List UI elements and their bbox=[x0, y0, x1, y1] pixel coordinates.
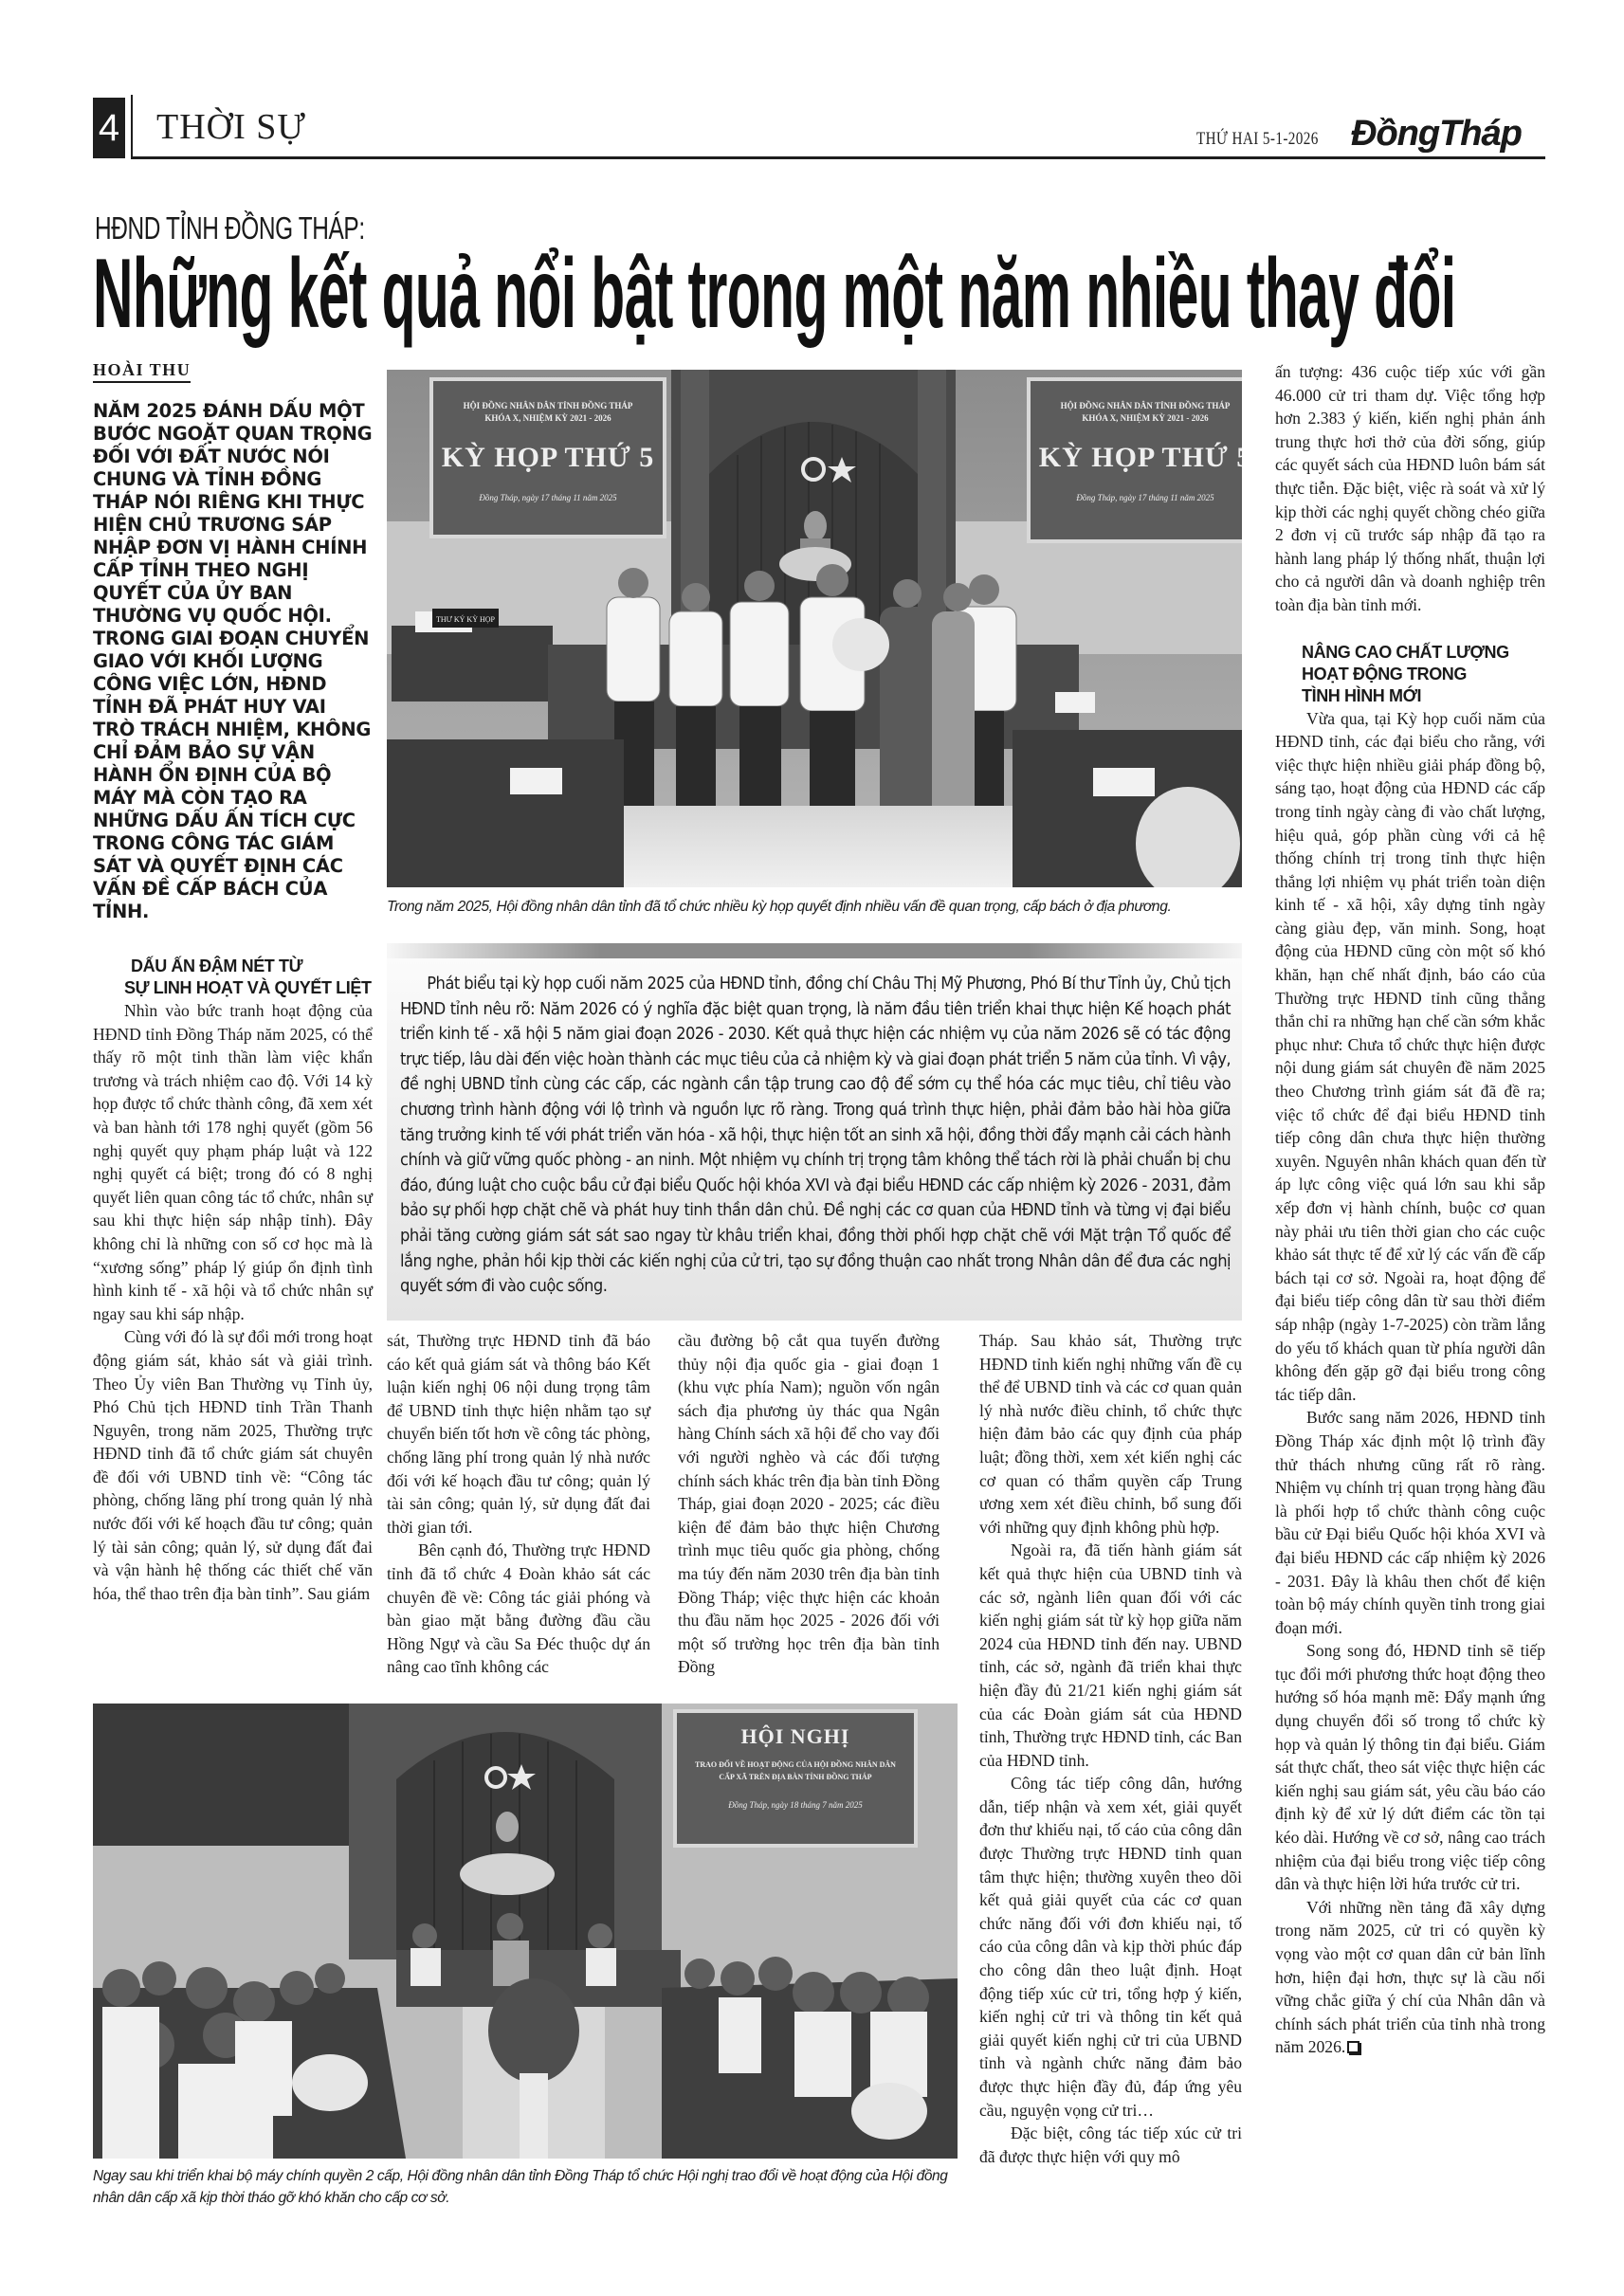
section-name: THỜI SỰ bbox=[156, 106, 306, 148]
column-3: cầu đường bộ cắt qua tuyến đường thủy nộ… bbox=[678, 1329, 940, 1679]
pull-quote-text: Phát biểu tại kỳ họp cuối năm 2025 của H… bbox=[400, 972, 1231, 1300]
pull-quote-box: Phát biểu tại kỳ họp cuối năm 2025 của H… bbox=[387, 958, 1242, 1321]
subhead-2: NÂNG CAO CHẤT LƯỢNG HOẠT ĐỘNG TRONG TÌNH… bbox=[1302, 642, 1545, 707]
photo-session-5: HỘI ĐỒNG NHÂN DÂN TỈNH ĐỒNG THÁPKHÓA X, … bbox=[387, 370, 1242, 887]
header-rule bbox=[133, 156, 1545, 159]
column-2: sát, Thường trực HĐND tỉnh đã báo cáo kế… bbox=[387, 1329, 650, 1679]
end-mark-icon bbox=[1347, 2041, 1359, 2053]
left-column-body: Nhìn vào bức tranh hoạt động của HĐND tỉ… bbox=[93, 999, 373, 1605]
paragraph: cầu đường bộ cắt qua tuyến đường thủy nộ… bbox=[678, 1329, 940, 1679]
screen-title-right: KỲ HỌP THỨ 5 bbox=[1031, 442, 1242, 474]
screen-date-right: Đồng Tháp, ngày 17 tháng 11 năm 2025 bbox=[1031, 493, 1242, 502]
page-number: 4 bbox=[93, 98, 125, 158]
paragraph: Vừa qua, tại Kỳ họp cuối năm của HĐND tỉ… bbox=[1275, 707, 1545, 1407]
screen-org-right: HỘI ĐỒNG NHÂN DÂN TỈNH ĐỒNG THÁPKHÓA X, … bbox=[1031, 400, 1242, 425]
svg-text:THƯ KÝ KỲ HỌP: THƯ KÝ KỲ HỌP bbox=[436, 614, 496, 624]
photo-conference: HỘI NGHỊ TRAO ĐỔI VỀ HOẠT ĐỘNG CỦA HỘI Đ… bbox=[93, 1704, 958, 2159]
paragraph: sát, Thường trực HĐND tỉnh đã báo cáo kế… bbox=[387, 1329, 650, 1539]
closing-paragraph: Với những nền tảng đã xây dựng trong năm… bbox=[1275, 1896, 1545, 2059]
section-divider bbox=[131, 95, 133, 159]
byline: HOÀI THU bbox=[93, 360, 191, 383]
paragraph: Đặc biệt, công tác tiếp xúc cử tri đã đư… bbox=[979, 2122, 1242, 2168]
paragraph: Nhìn vào bức tranh hoạt động của HĐND tỉ… bbox=[93, 999, 373, 1325]
paragraph: Ngoài ra, đã tiến hành giám sát kết quả … bbox=[979, 1539, 1242, 1772]
screen-date: Đồng Tháp, ngày 17 tháng 11 năm 2025 bbox=[433, 493, 663, 502]
conf-screen-title: HỘI NGHỊ bbox=[677, 1724, 914, 1749]
photo-caption-2: Ngay sau khi triển khai bộ máy chính quy… bbox=[93, 2165, 975, 2209]
subhead-1-line-2: SỰ LINH HOẠT VÀ QUYẾT LIỆT bbox=[124, 977, 373, 999]
paragraph: Bên cạnh đó, Thường trực HĐND tỉnh đã tổ… bbox=[387, 1539, 650, 1679]
subhead-2-line-1: NÂNG CAO CHẤT LƯỢNG bbox=[1302, 642, 1545, 664]
article-sapo: Năm 2025 đánh dấu một bước ngoặt quan tr… bbox=[93, 400, 373, 923]
paragraph: Song song đó, HĐND tỉnh sẽ tiếp tục đổi … bbox=[1275, 1639, 1545, 1896]
masthead-text: ĐồngTháp bbox=[1351, 114, 1522, 154]
left-column: DẤU ẤN ĐẬM NÉT TỪ SỰ LINH HOẠT VÀ QUYẾT … bbox=[93, 956, 373, 1605]
paragraph: ấn tượng: 436 cuộc tiếp xúc với gần 46.0… bbox=[1275, 360, 1545, 617]
paragraph: Bước sang năm 2026, HĐND tỉnh Đồng Tháp … bbox=[1275, 1406, 1545, 1639]
closing-text: Với những nền tảng đã xây dựng trong năm… bbox=[1275, 1898, 1545, 2057]
quote-divider bbox=[387, 943, 1242, 958]
issue-date: THỨ HAI 5-1-2026 bbox=[1196, 129, 1319, 150]
column-5: ấn tượng: 436 cuộc tiếp xúc với gần 46.0… bbox=[1275, 360, 1545, 2059]
subhead-1-line-1: DẤU ẤN ĐẬM NÉT TỪ bbox=[131, 956, 373, 977]
subhead-1: DẤU ẤN ĐẬM NÉT TỪ SỰ LINH HOẠT VÀ QUYẾT … bbox=[93, 956, 373, 999]
paragraph: Tháp. Sau khảo sát, Thường trực HĐND tỉn… bbox=[979, 1329, 1242, 1539]
photo-conference-image: HỘI NGHỊ TRAO ĐỔI VỀ HOẠT ĐỘNG CỦA HỘI Đ… bbox=[93, 1704, 958, 2159]
subhead-2-line-3: TÌNH HÌNH MỚI bbox=[1302, 685, 1545, 707]
conf-screen-subtitle: TRAO ĐỔI VỀ HOẠT ĐỘNG CỦA HỘI ĐỒNG NHÂN … bbox=[677, 1758, 914, 1783]
paragraph: Cùng với đó là sự đổi mới trong hoạt độn… bbox=[93, 1325, 373, 1605]
column-4: Tháp. Sau khảo sát, Thường trực HĐND tỉn… bbox=[979, 1329, 1242, 2168]
photo-caption-1: Trong năm 2025, Hội đồng nhân dân tỉnh đ… bbox=[387, 896, 1250, 918]
article-headline: Những kết quả nổi bật trong một năm nhiề… bbox=[93, 245, 1456, 343]
screen-org: HỘI ĐỒNG NHÂN DÂN TỈNH ĐỒNG THÁPKHÓA X, … bbox=[433, 400, 663, 425]
photo-session-5-image: HỘI ĐỒNG NHÂN DÂN TỈNH ĐỒNG THÁPKHÓA X, … bbox=[387, 370, 1242, 887]
conf-screen-date: Đồng Tháp, ngày 18 tháng 7 năm 2025 bbox=[677, 1800, 914, 1810]
masthead-logo: ĐồngTháp bbox=[1351, 114, 1522, 155]
paragraph: Công tác tiếp công dân, hướng dẫn, tiếp … bbox=[979, 1772, 1242, 2122]
screen-title: KỲ HỌP THỨ 5 bbox=[433, 442, 663, 474]
subhead-2-line-2: HOẠT ĐỘNG TRONG bbox=[1302, 664, 1545, 685]
